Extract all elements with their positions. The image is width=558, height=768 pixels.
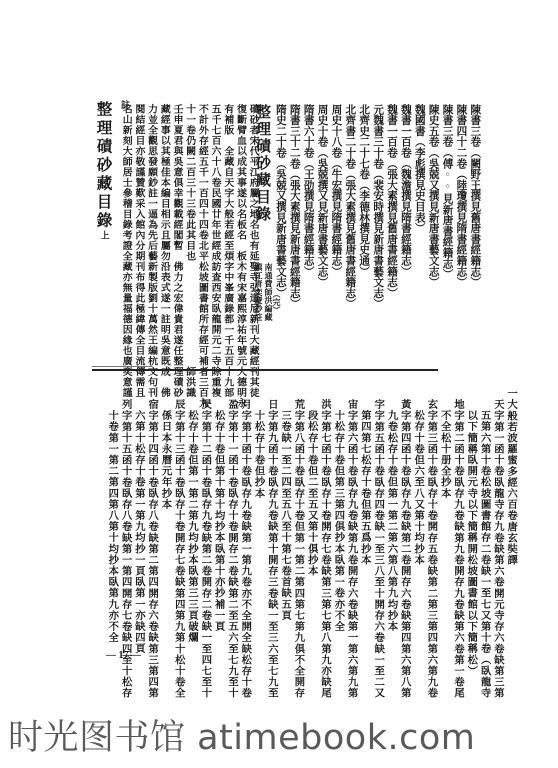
credit-line: 南通費師洪編藏 xyxy=(265,263,273,321)
book-list-item: 周史十卷（吳兢撰又見新唐書藝文志） xyxy=(317,104,328,304)
intro-line: 十一卷仍闕二百三十三卷此其目也 師洪識 xyxy=(184,104,194,354)
book-list-item: 隋書三十二卷（張大素撰見新唐書經籍志） xyxy=(289,104,300,304)
scanned-page: 陳書三卷（闕野王撰見舊唐書經籍志） 陳書四十二卷（陸瓊撰見隋書經籍志） 陳書三卷… xyxy=(0,0,558,768)
catalog-line: 宿字第十四函十卷臥存八卷缺第二第四開存六卷缺第三第四第 xyxy=(147,388,157,673)
book-list-item: 陳史五卷（吳兢又撰見新唐書藝文志） xyxy=(428,104,439,304)
section-divider xyxy=(92,369,438,371)
intro-line: 力並全觀思發願鈔註一逼為先后藝新製版劉十萬然王編杭文句刊 xyxy=(146,104,156,354)
volume-label: 上 xyxy=(99,231,109,243)
catalog-line: 黃字第四函十卷臥存九卷缺第二卷開存六卷缺第四第六第八第 xyxy=(400,388,410,673)
catalog-line: 十卷第一第二第四第八第十均抄本臥第九亦不全 xyxy=(107,388,117,673)
main-title: 整理磧砂藏目錄上 xyxy=(96,101,112,243)
catalog-line: 盈字第十一函十卷臥存十卷開存二卷缺第二至五六至七九至十 xyxy=(227,388,237,673)
intro-line: 五千七百六十八卷民國廿年世經成訪查西安臥龍開元二寺除重複 xyxy=(210,104,220,354)
book-list-item: 北齊書二十卷（張大素撰見舊唐書經籍志） xyxy=(345,104,356,304)
book-list: 陳書三卷（闕野王撰見舊唐書經籍志） 陳書四十二卷（陸瓊撰見隋書經籍志） 陳書三卷… xyxy=(272,104,480,304)
book-list-item: 元魏書三十卷（裴安時撰見新唐書藝文志） xyxy=(373,104,384,304)
catalog-line: 不全松十册全抄本 xyxy=(439,388,449,673)
catalog-line: 十松存十卷但抄本 xyxy=(253,388,263,673)
catalog-line: 洪字第七函十卷臥存十卷開存七卷缺第三第七第八第九亦缺尾 xyxy=(320,388,330,673)
catalog-line: 字字第五函十卷臥存四卷缺一至三八至十開存六卷缺一至二又 xyxy=(373,388,383,673)
catalog-line: 昃字第十二函十卷臥存九卷缺第二卷開存二卷缺一至四七至十 xyxy=(200,388,210,673)
intro-line: 有補版 全藏自天字大般若經至煩字中峯廣錄都一千五百十九部 xyxy=(222,104,232,354)
catalog-line: 係日本永曆元年抄本 xyxy=(160,388,170,673)
catalog-line: 六第十松存十卷第一第九均抄一頁臥第一亦缺四頁 xyxy=(134,388,144,673)
intro-line: 不計外存經五千一百四十四卷北平松坡圖書館所存經可補者三百九 xyxy=(197,104,207,354)
book-list-item: 北齊史二十七卷（李德林撰見史通） xyxy=(359,104,370,304)
catalog-line: 月字第十函十卷臥存九卷缺第一第九卷亦不全開全缺松存十卷 xyxy=(240,388,250,673)
book-list-item: 隋書六十卷（王劭撰見隋書經籍志） xyxy=(303,104,314,304)
catalog-line: 十松存十卷但第三第四俱抄本臥第一卷亦不全 xyxy=(333,388,343,673)
page-number: — 17 — xyxy=(106,650,141,661)
main-title-text: 整理磧砂藏目錄 xyxy=(95,101,114,231)
watermark: 时光图书馆 atimebook.com xyxy=(8,710,475,760)
catalog-line: 松存十卷但六至八又第十均抄本 xyxy=(413,388,423,673)
catalog-line: 日字第九函十卷臥存九卷缺第十開存三卷缺一至三六至七九至 xyxy=(267,388,277,673)
catalog-line: 松存十卷但第一第二第九均抄本臥第三三頁破爛 xyxy=(187,388,197,673)
catalog-line: 九卷松存十卷但第一第二第六第八第九均抄本 xyxy=(386,388,396,673)
catalog-line: 第四第七松存十卷但第五爲抄本 xyxy=(360,388,370,673)
intro-line: 壬申夏君與吳意俱幸觀載經閣暫 佛力之宏偉貴君遂任整理磧砂 xyxy=(172,104,182,354)
catalog-line: 五第六第十卷松坡圖書館存二卷缺一至七又第十卷（臥龍寺 xyxy=(479,388,489,673)
intro-line: 藏經事以其極佳本編目相示且屬勿沿表式遂一註明吳意既成 佛 xyxy=(159,104,169,354)
note-label-text: 註 xyxy=(119,100,128,109)
book-list-item: 陳書三卷（闕野王撰見舊唐書經籍志） xyxy=(470,104,481,304)
divider-shadow xyxy=(92,366,152,367)
catalog-line: 地字第二函十卷臥存九卷缺第九卷開存九卷缺第六卷第一卷尾 xyxy=(453,388,463,673)
catalog-line: 荒字第八函十卷臥存十卷但第一第二第四第七第九俱不全開存 xyxy=(293,388,303,673)
intro-paragraph: 磧砂者宋代平江府屬之地名也有延聖寺弘道尼新刊大藏經刊其徒 復斷臂血以成其事遂以名… xyxy=(118,104,258,354)
book-list-item: 陳書四十二卷（陸瓊撰見隋書經籍志） xyxy=(456,104,467,304)
catalog-line: 段松存十卷但二至五又第十俱抄本 xyxy=(306,388,316,673)
intro-line: 名山新刻大師居士參稽目錄考證全藏亦無量福德因緣也廣奕意謹 xyxy=(121,104,131,354)
catalog-line: 三卷缺一至二四至五八至十第七卷首缺五頁 xyxy=(280,388,290,673)
catalog-line: 宙字第六函十卷臥存九卷缺第九卷開存六卷缺第一第六第九第 xyxy=(346,388,356,673)
catalog-line: 天字第一函十卷臥龍寺存九卷缺第六卷開元寺存六卷缺第三第 xyxy=(493,388,503,673)
intro-line: 閱結經目亦敬謹贊歎采入館內分期刊布得此極緯傳全目流傳需且 xyxy=(134,104,144,354)
intro-line: 復斷臂血以成其事遂以名板名 板木有宋嘉熙淳祐年號元大德明永 xyxy=(235,104,245,354)
book-list-item: 陳書三卷（傅◦◦見新唐書經籍志） xyxy=(442,104,453,304)
end-mark-text: （完） xyxy=(273,290,281,314)
catalog-line: 一大般若波羅蜜多經六百卷唐玄奘譯 xyxy=(506,388,516,673)
book-list-item: 周史十八卷（牛宏撰見隋書經籍志） xyxy=(331,104,342,304)
catalog-line: 列字第十五函十卷臥存八卷缺第一第四開存七卷缺四至十松存 xyxy=(120,388,130,673)
book-list-item: 魏書一百卷（魏澹撰見隋書經籍志） xyxy=(400,104,411,304)
end-mark: （完） xyxy=(273,290,281,314)
catalog-line: 辰字第十三函十卷臥存十卷開存七卷缺第四第九第十松十卷全 xyxy=(173,388,183,673)
catalog-line: 松存十卷但第十第十均抄本臥第十亦抄補一頁 xyxy=(213,388,223,673)
catalog-line: 以下簡稱臥開元寺以下簡稱開松坡圖書館以下簡稱松） xyxy=(466,388,476,673)
catalog-line: 玄字第三函十卷臥存十卷開存五卷缺第二第三第四第六第九卷 xyxy=(426,388,436,673)
catalog: 一大般若波羅蜜多經六百卷唐玄奘譯 天字第一函十卷臥龍寺存九卷缺第六卷開元寺存六卷… xyxy=(104,388,516,673)
book-list-item: 隋史二十卷（吳兢又撰見新唐書藝文志） xyxy=(275,104,286,304)
intro-line: 磧砂者宋代平江府屬之地名也有延聖寺弘道尼新刊大藏經刊其徒 xyxy=(248,104,258,354)
book-list-item: 魏書一百卷（張大素撰見舊唐書經籍志） xyxy=(386,104,397,304)
book-list-item: 魏國書（李彪撰見史目表） xyxy=(414,104,425,304)
note-label: 註 xyxy=(119,100,128,109)
